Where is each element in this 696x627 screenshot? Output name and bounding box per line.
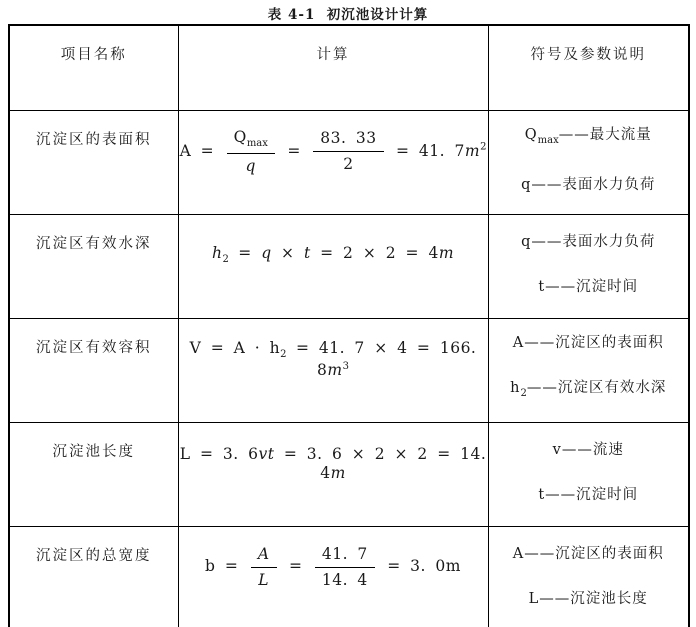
- table-body: 沉淀区的表面积A = Qmaxq = 83. 332 = 41. 7m2Qmax…: [9, 111, 689, 627]
- parameter-note: Qmax——最大流量: [525, 126, 652, 150]
- fraction: AL: [251, 545, 277, 589]
- calculation-formula: L = 3. 6vt = 3. 6 × 2 × 2 = 14. 4m: [179, 445, 488, 482]
- fraction-denominator: q: [227, 154, 275, 176]
- column-header-label: 符号及参数说明: [531, 43, 647, 64]
- parameter-note: L——沉淀池长度: [529, 590, 648, 609]
- table-row: 沉淀池长度L = 3. 6vt = 3. 6 × 2 × 2 = 14. 4mv…: [9, 423, 689, 527]
- calculation-cell: h2 = q × t = 2 × 2 = 4m: [178, 215, 488, 319]
- calculation-cell: A = Qmaxq = 83. 332 = 41. 7m2: [178, 111, 488, 215]
- design-calculation-table: 项目名称 计算 符号及参数说明 沉淀区的表面积A = Qmaxq = 83. 3…: [8, 24, 690, 627]
- fraction-numerator: 41. 7: [315, 545, 375, 568]
- calculation-cell: L = 3. 6vt = 3. 6 × 2 × 2 = 14. 4m: [178, 423, 488, 527]
- parameter-notes-cell: A——沉淀区的表面积L——沉淀池长度: [488, 527, 689, 627]
- column-header-item-name: 项目名称: [9, 25, 178, 111]
- parameter-notes-cell: v——流速t——沉淀时间: [488, 423, 689, 527]
- parameter-notes-cell: A——沉淀区的表面积h2——沉淀区有效水深: [488, 319, 689, 423]
- parameter-note: v——流速: [553, 441, 624, 460]
- column-header-label: 项目名称: [61, 43, 127, 64]
- item-name-cell: 沉淀区的表面积: [9, 111, 178, 215]
- calculation-formula: V = A · h2 = 41. 7 × 4 = 166. 8m3: [179, 339, 488, 380]
- item-name-label: 沉淀池长度: [53, 440, 136, 461]
- parameter-note: A——沉淀区的表面积: [513, 545, 664, 564]
- calculation-formula: b = AL = 41. 714. 4 = 3. 0m: [205, 545, 461, 589]
- column-header-calculation: 计算: [178, 25, 488, 111]
- table-row: 沉淀区的总宽度b = AL = 41. 714. 4 = 3. 0mA——沉淀区…: [9, 527, 689, 627]
- fraction-denominator: L: [251, 568, 277, 590]
- fraction: 41. 714. 4: [315, 545, 375, 589]
- table-title: 表 4-1 初沉池设计计算: [8, 3, 688, 23]
- item-name-label: 沉淀区的总宽度: [36, 544, 152, 565]
- fraction-numerator: Qmax: [227, 128, 275, 154]
- parameter-note: q——表面水力负荷: [521, 176, 655, 195]
- parameter-note: q——表面水力负荷: [521, 233, 655, 252]
- item-name-label: 沉淀区有效水深: [36, 232, 152, 253]
- parameter-notes-cell: Qmax——最大流量q——表面水力负荷: [488, 111, 689, 215]
- fraction-numerator: 83. 33: [313, 129, 383, 152]
- fraction: Qmaxq: [227, 128, 275, 176]
- calculation-formula: h2 = q × t = 2 × 2 = 4m: [212, 244, 454, 266]
- table-row: 沉淀区有效水深h2 = q × t = 2 × 2 = 4mq——表面水力负荷t…: [9, 215, 689, 319]
- parameter-note: t——沉淀时间: [538, 278, 638, 297]
- calculation-formula: A = Qmaxq = 83. 332 = 41. 7m2: [180, 128, 487, 176]
- item-name-cell: 沉淀池长度: [9, 423, 178, 527]
- table-row: 沉淀区的表面积A = Qmaxq = 83. 332 = 41. 7m2Qmax…: [9, 111, 689, 215]
- column-header-notes: 符号及参数说明: [488, 25, 689, 111]
- item-name-label: 沉淀区的表面积: [36, 128, 152, 149]
- parameter-notes-cell: q——表面水力负荷t——沉淀时间: [488, 215, 689, 319]
- item-name-label: 沉淀区有效容积: [36, 336, 152, 357]
- fraction-denominator: 14. 4: [315, 568, 375, 590]
- fraction-numerator: A: [251, 545, 277, 568]
- item-name-cell: 沉淀区有效容积: [9, 319, 178, 423]
- parameter-note: h2——沉淀区有效水深: [510, 379, 666, 403]
- column-header-label: 计算: [317, 43, 350, 64]
- parameter-note: A——沉淀区的表面积: [513, 334, 664, 353]
- calculation-cell: V = A · h2 = 41. 7 × 4 = 166. 8m3: [178, 319, 488, 423]
- parameter-note: t——沉淀时间: [538, 486, 638, 505]
- item-name-cell: 沉淀区的总宽度: [9, 527, 178, 627]
- table-row: 沉淀区有效容积V = A · h2 = 41. 7 × 4 = 166. 8m3…: [9, 319, 689, 423]
- fraction-denominator: 2: [313, 152, 383, 174]
- fraction: 83. 332: [313, 129, 383, 173]
- item-name-cell: 沉淀区有效水深: [9, 215, 178, 319]
- calculation-cell: b = AL = 41. 714. 4 = 3. 0m: [178, 527, 488, 627]
- header-row: 项目名称 计算 符号及参数说明: [9, 25, 689, 111]
